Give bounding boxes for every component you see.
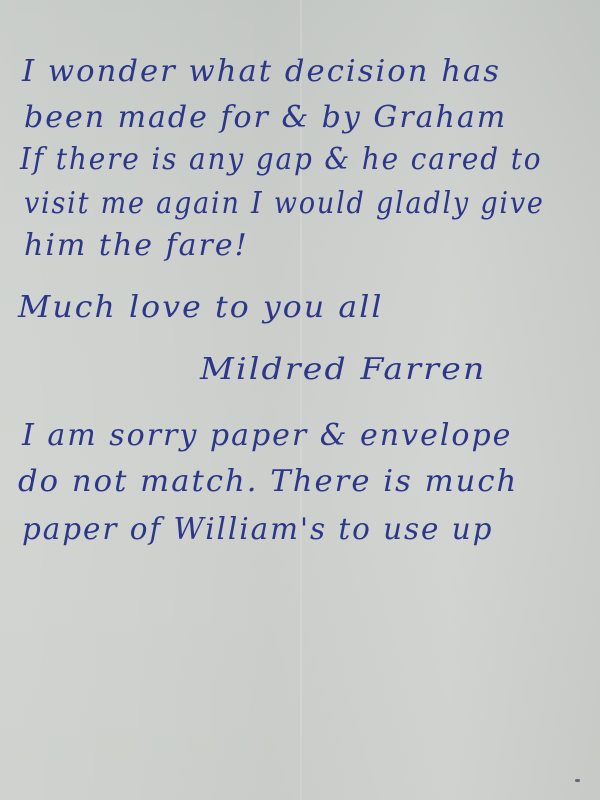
letter-line-4: visit me again I would gladly give: [24, 186, 545, 221]
letter-line-3: If there is any gap & he cared to: [20, 142, 542, 177]
letter-page: I wonder what decision has been made for…: [0, 0, 600, 800]
postscript-line-1: I am sorry paper & envelope: [22, 418, 512, 453]
signature: Mildred Farren: [200, 352, 486, 387]
letter-line-2: been made for & by Graham: [24, 100, 507, 135]
ink-speck: [575, 779, 580, 782]
letter-closing: Much love to you all: [18, 290, 384, 325]
letter-line-1: I wonder what decision has: [22, 54, 501, 89]
postscript-line-3: paper of William's to use up: [22, 512, 493, 547]
letter-line-5: him the fare!: [24, 228, 249, 263]
postscript-line-2: do not match. There is much: [18, 464, 518, 499]
